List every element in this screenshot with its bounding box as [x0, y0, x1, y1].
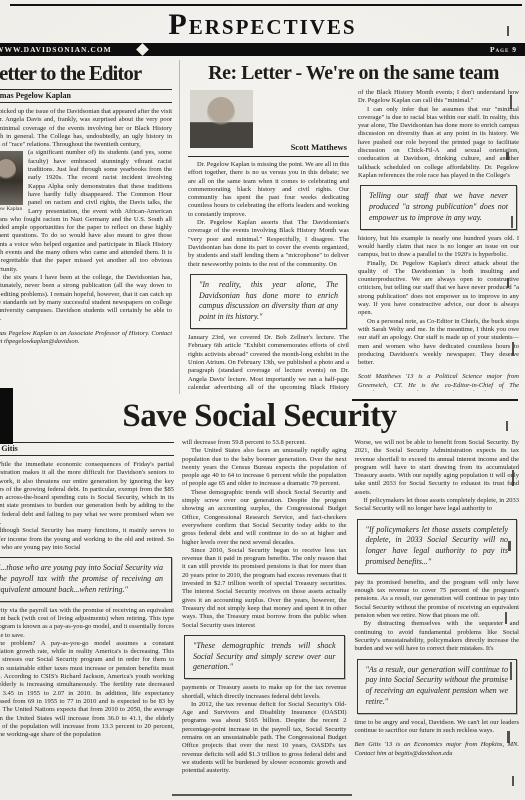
scan-artifact	[508, 541, 511, 551]
top-rule	[10, 4, 522, 6]
scan-artifact	[505, 612, 507, 624]
scan-artifact	[172, 794, 352, 796]
author-photo-block: Scott Matthews	[188, 89, 349, 157]
pull-quote: "These demographic trends will shock Soc…	[184, 635, 345, 679]
body-paragraph: Dr. Pegelow Kaplan is missing the point.…	[188, 161, 349, 219]
body-paragraph: history, but his example is nearly one h…	[358, 235, 519, 260]
scan-artifact	[510, 662, 512, 680]
body-paragraph: Finally, Dr. Pegelow Kaplan's direct att…	[358, 260, 519, 318]
body-paragraph: Since 2010, Social Security began to rec…	[182, 547, 347, 630]
letter-signature: Thomas Pegelow Kaplan is an Associate Pr…	[0, 330, 172, 347]
pull-quote: "...those who are young pay into Social …	[0, 557, 172, 601]
diamond-icon	[136, 43, 149, 56]
body-paragraph: In the six years I have been at the coll…	[0, 274, 172, 324]
body-paragraph: The problem? A pay-as-you-go model assum…	[0, 640, 174, 740]
body-paragraph: These demographic trends will shock Soci…	[182, 489, 347, 547]
site-url: WWW.DAVIDSONIAN.COM	[0, 45, 112, 54]
social-column-2: will decrease from 59.8 percent to 53.8 …	[182, 439, 347, 789]
scan-artifact	[507, 278, 509, 288]
re-letter-article: Re: Letter - We're on the same team Scot…	[180, 60, 519, 394]
pull-quote: Telling our staff that we have never pro…	[360, 185, 517, 229]
letter-body: I picked up the issue of the Davidsonian…	[0, 108, 172, 346]
pull-quote: "If policymakers let those assets comple…	[357, 519, 518, 574]
letter-to-editor-article: Letter to the Editor Thomas Pegelow Kapl…	[0, 60, 180, 394]
body-paragraph: The United States also faces an unusuall…	[182, 447, 347, 488]
author-photo-block: Pegelow Kaplan	[0, 151, 23, 213]
body-paragraph: Dr. Pegelow Kaplan asserts that The Davi…	[188, 219, 349, 269]
body-paragraph: will decrease from 59.8 percent to 53.8 …	[182, 439, 347, 447]
section-title: Perspectives	[0, 8, 525, 42]
social-columns: Ben Gitis While the immediate economic c…	[0, 439, 519, 789]
social-column-1: Ben Gitis While the immediate economic c…	[0, 439, 174, 789]
body-paragraph: In 2012, the tax revenue deficit for Soc…	[182, 701, 347, 776]
body-paragraph: If policymakers let those assets complet…	[355, 497, 520, 514]
page-number: Page 9	[490, 45, 517, 54]
scan-artifact	[506, 152, 509, 160]
photo-caption: Pegelow Kaplan	[0, 205, 23, 213]
re-letter-column-2: of the Black History Month events; I don…	[358, 89, 519, 391]
scan-artifact	[512, 776, 514, 786]
letter-headline: Letter to the Editor	[0, 60, 172, 86]
scan-artifact	[507, 731, 510, 743]
info-bar: WWW.DAVIDSONIAN.COM Page 9	[0, 43, 525, 56]
section-divider-rule	[352, 399, 518, 401]
letter-byline: Thomas Pegelow Kaplan	[0, 89, 172, 103]
body-paragraph: Security via the payroll tax with the pr…	[0, 607, 174, 640]
scan-artifact	[510, 95, 512, 109]
save-social-security-article: Save Social Security Ben Gitis While the…	[0, 394, 525, 789]
re-letter-byline: Scott Matthews	[291, 142, 347, 152]
body-paragraph: By distracting themselves with the seque…	[355, 620, 520, 653]
pull-quote: "In reality, this year alone, The Davids…	[190, 274, 347, 329]
scan-artifact	[506, 421, 508, 431]
top-articles-row: Letter to the Editor Thomas Pegelow Kapl…	[0, 56, 525, 394]
newspaper-page: Perspectives WWW.DAVIDSONIAN.COM Page 9 …	[0, 0, 525, 800]
body-paragraph: While the immediate economic consequence…	[0, 461, 174, 527]
body-paragraph: January 23rd, we covered Dr. Bob Zellner…	[188, 334, 349, 391]
scan-artifact	[512, 470, 514, 486]
body-paragraph: pay its promised benefits, and the progr…	[355, 579, 520, 620]
re-letter-headline: Re: Letter - We're on the same team	[188, 60, 519, 86]
scan-artifact	[512, 342, 514, 356]
masthead: Perspectives	[0, 0, 525, 42]
body-paragraph: payments or Treasury assets to make up f…	[182, 684, 347, 701]
body-paragraph: On a personal note, as Co-Editor in Chie…	[358, 318, 519, 368]
body-paragraph: of the Black History Month events; I don…	[358, 89, 519, 106]
re-letter-columns: Scott Matthews Dr. Pegelow Kaplan is mis…	[188, 89, 519, 391]
social-signature: Ben Gitis '13 is an Economics major from…	[355, 741, 520, 758]
re-letter-signature: Scott Matthews '13 is a Political Scienc…	[358, 373, 519, 391]
social-byline: Ben Gitis	[0, 442, 174, 456]
re-letter-column-1: Scott Matthews Dr. Pegelow Kaplan is mis…	[188, 89, 349, 391]
social-headline: Save Social Security	[0, 396, 519, 436]
body-paragraph: I can only infer that he assumes that ou…	[358, 106, 519, 181]
scan-artifact	[511, 216, 513, 228]
pull-quote: "As a result, our generation will contin…	[357, 659, 518, 714]
matthews-photo	[190, 90, 253, 148]
body-paragraph: (a significant number of) its students (…	[0, 149, 172, 273]
body-paragraph: time to be angry and vocal, Davidson. We…	[355, 719, 520, 736]
body-paragraph: Worse, we will not be able to benefit fr…	[355, 439, 520, 497]
scan-artifact	[507, 26, 509, 36]
social-column-3: Worse, we will not be able to benefit fr…	[355, 439, 520, 789]
left-edge-black-block	[0, 388, 13, 444]
body-paragraph: Although Social Security has many functi…	[0, 527, 174, 552]
body-paragraph: I picked up the issue of the Davidsonian…	[0, 108, 172, 149]
kaplan-photo	[0, 151, 23, 205]
